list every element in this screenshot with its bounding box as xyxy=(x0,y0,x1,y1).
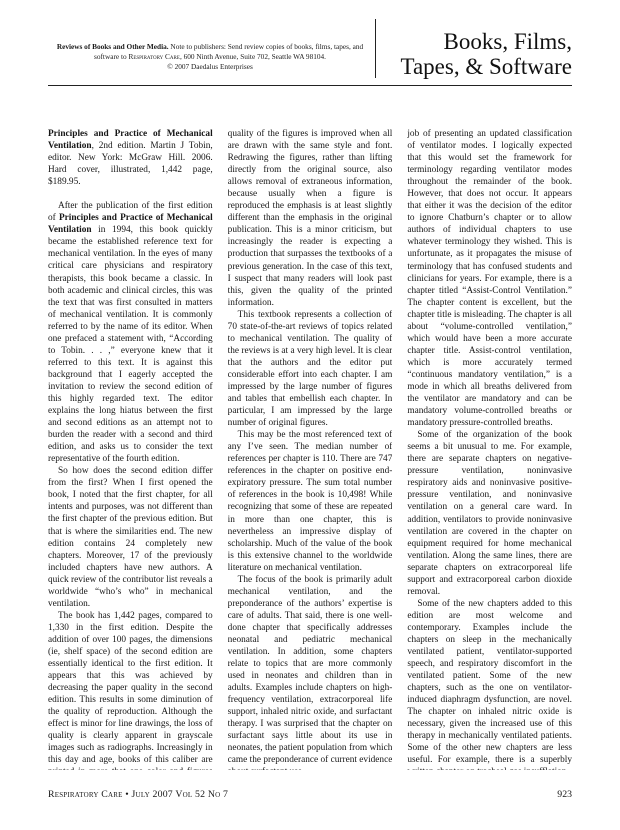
bold-text-run: Reviews of Books and Other Media. xyxy=(57,42,169,51)
review-article: Principles and Practice of Mechanical Ve… xyxy=(48,128,572,770)
header-rule xyxy=(48,85,572,86)
publisher-note-text: Reviews of Books and Other Media. Note t… xyxy=(57,42,363,61)
text-run: The book has 1,442 pages, compared to 1,… xyxy=(48,611,213,770)
paragraph: quality of the figures is improved when … xyxy=(228,128,393,309)
section-title-line-1: Books, Films, xyxy=(372,30,572,55)
page-number: 923 xyxy=(557,789,572,800)
text-column-2: quality of the figures is improved when … xyxy=(228,128,393,770)
text-run: The focus of the book is primarily adult… xyxy=(228,575,393,770)
section-title-line-2: Tapes, & Software xyxy=(372,55,572,80)
paragraph: So how does the second edition differ fr… xyxy=(48,465,213,610)
page-footer: Respiratory Care • July 2007 Vol 52 No 7… xyxy=(48,789,572,800)
paragraph: Some of the new chapters added to this e… xyxy=(407,598,572,770)
paragraph: Some of the organization of the book see… xyxy=(407,429,572,598)
publisher-note: Reviews of Books and Other Media. Note t… xyxy=(52,42,368,72)
text-run: quality of the figures is improved when … xyxy=(228,129,393,308)
text-column-1: Principles and Practice of Mechanical Ve… xyxy=(48,128,213,770)
text-run: So how does the second edition differ fr… xyxy=(48,466,213,609)
small-caps-text-run: Respiratory Care xyxy=(48,789,123,800)
journal-citation: Respiratory Care • July 2007 Vol 52 No 7 xyxy=(48,789,228,800)
text-run: in 1994, this book quickly became the es… xyxy=(48,225,213,464)
paragraph: This textbook represents a collection of… xyxy=(228,309,393,429)
text-run: This may be the most referenced text of … xyxy=(228,430,393,573)
paragraph: The book has 1,442 pages, compared to 1,… xyxy=(48,610,213,770)
paragraph: After the publication of the first editi… xyxy=(48,200,213,465)
text-run: This textbook represents a collection of… xyxy=(228,310,393,428)
journal-page: Reviews of Books and Other Media. Note t… xyxy=(0,0,620,830)
text-run: job of presenting an updated classificat… xyxy=(407,129,572,428)
text-column-3: job of presenting an updated classificat… xyxy=(407,128,572,770)
text-run: Some of the new chapters added to this e… xyxy=(407,599,572,770)
paragraph: The focus of the book is primarily adult… xyxy=(228,574,393,770)
text-run: Some of the organization of the book see… xyxy=(407,430,572,597)
small-caps-text-run: July 2007 Vol 52 No 7 xyxy=(132,789,229,800)
paragraph: Principles and Practice of Mechanical Ve… xyxy=(48,128,213,188)
text-run: , 600 Ninth Avenue, Suite 702, Seattle W… xyxy=(180,52,326,61)
text-run: • xyxy=(123,789,132,800)
section-title: Books, Films, Tapes, & Software xyxy=(372,30,572,79)
paragraph: This may be the most referenced text of … xyxy=(228,429,393,574)
copyright-line: © 2007 Daedalus Enterprises xyxy=(52,62,368,72)
small-caps-text-run: Respiratory Care xyxy=(128,52,179,61)
paragraph: job of presenting an updated classificat… xyxy=(407,128,572,429)
